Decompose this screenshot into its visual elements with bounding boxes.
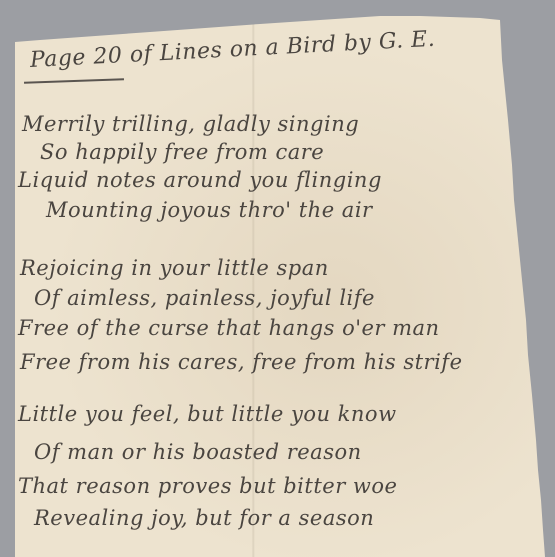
verse-line: Rejoicing in your little span (20, 256, 329, 280)
verse-line: Merrily trilling, gladly singing (22, 112, 359, 136)
verse-line: Liquid notes around you flinging (18, 168, 382, 192)
verse-line: That reason proves but bitter woe (18, 474, 397, 498)
verse-line: Of man or his boasted reason (34, 440, 362, 464)
verse-line: Mounting joyous thro' the air (46, 198, 373, 222)
verse-line: Free from his cares, free from his strif… (20, 350, 463, 374)
verse-line: Free of the curse that hangs o'er man (18, 316, 440, 340)
verse-line: Of aimless, painless, joyful life (34, 286, 375, 310)
verse-line: Little you feel, but little you know (18, 402, 397, 426)
verse-line: Revealing joy, but for a season (34, 506, 374, 530)
verse-line: So happily free from care (40, 140, 324, 164)
